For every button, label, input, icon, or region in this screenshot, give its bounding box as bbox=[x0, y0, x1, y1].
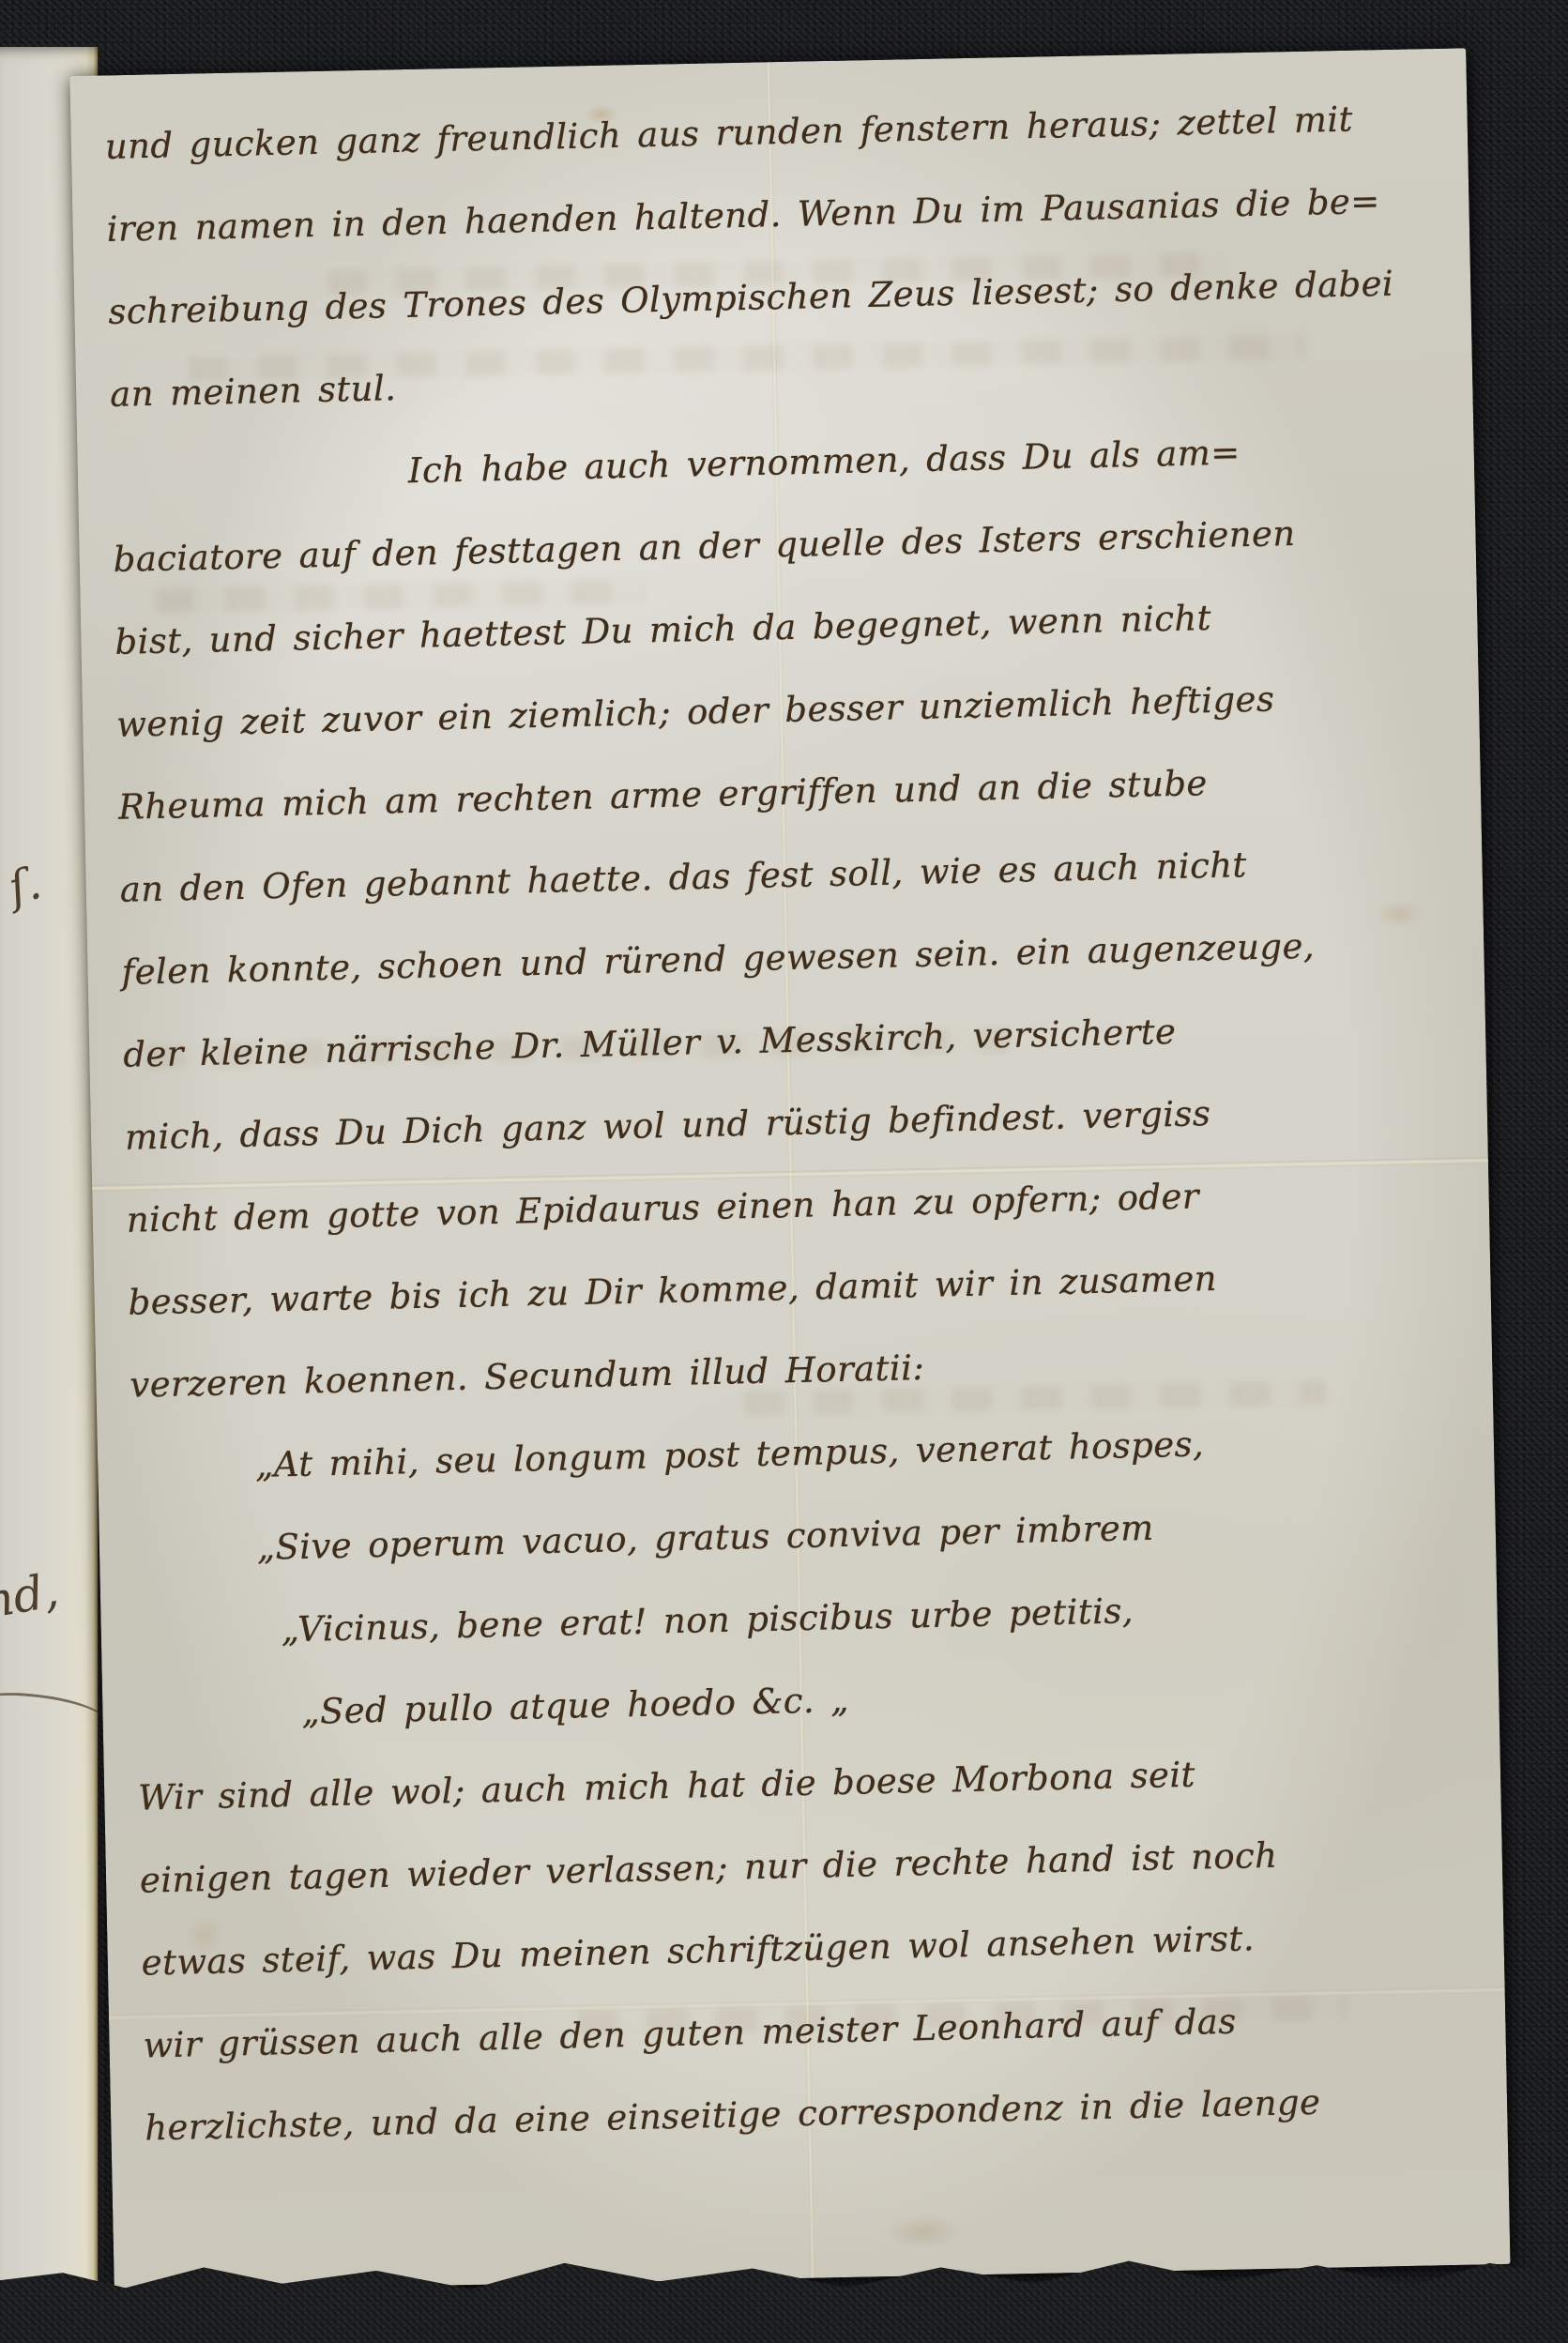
ink-flourish bbox=[0, 1686, 110, 1723]
ink-fragment: nd, bbox=[0, 1562, 63, 1629]
letter-page: und gucken ganz freundlich aus runden fe… bbox=[69, 48, 1510, 2291]
scan-background: ſ.nd, und gucken ganz freundlich aus run… bbox=[0, 0, 1568, 2343]
ink-fragment: ſ. bbox=[4, 857, 47, 915]
letter-text: und gucken ganz freundlich aus runden fe… bbox=[69, 48, 1510, 2291]
